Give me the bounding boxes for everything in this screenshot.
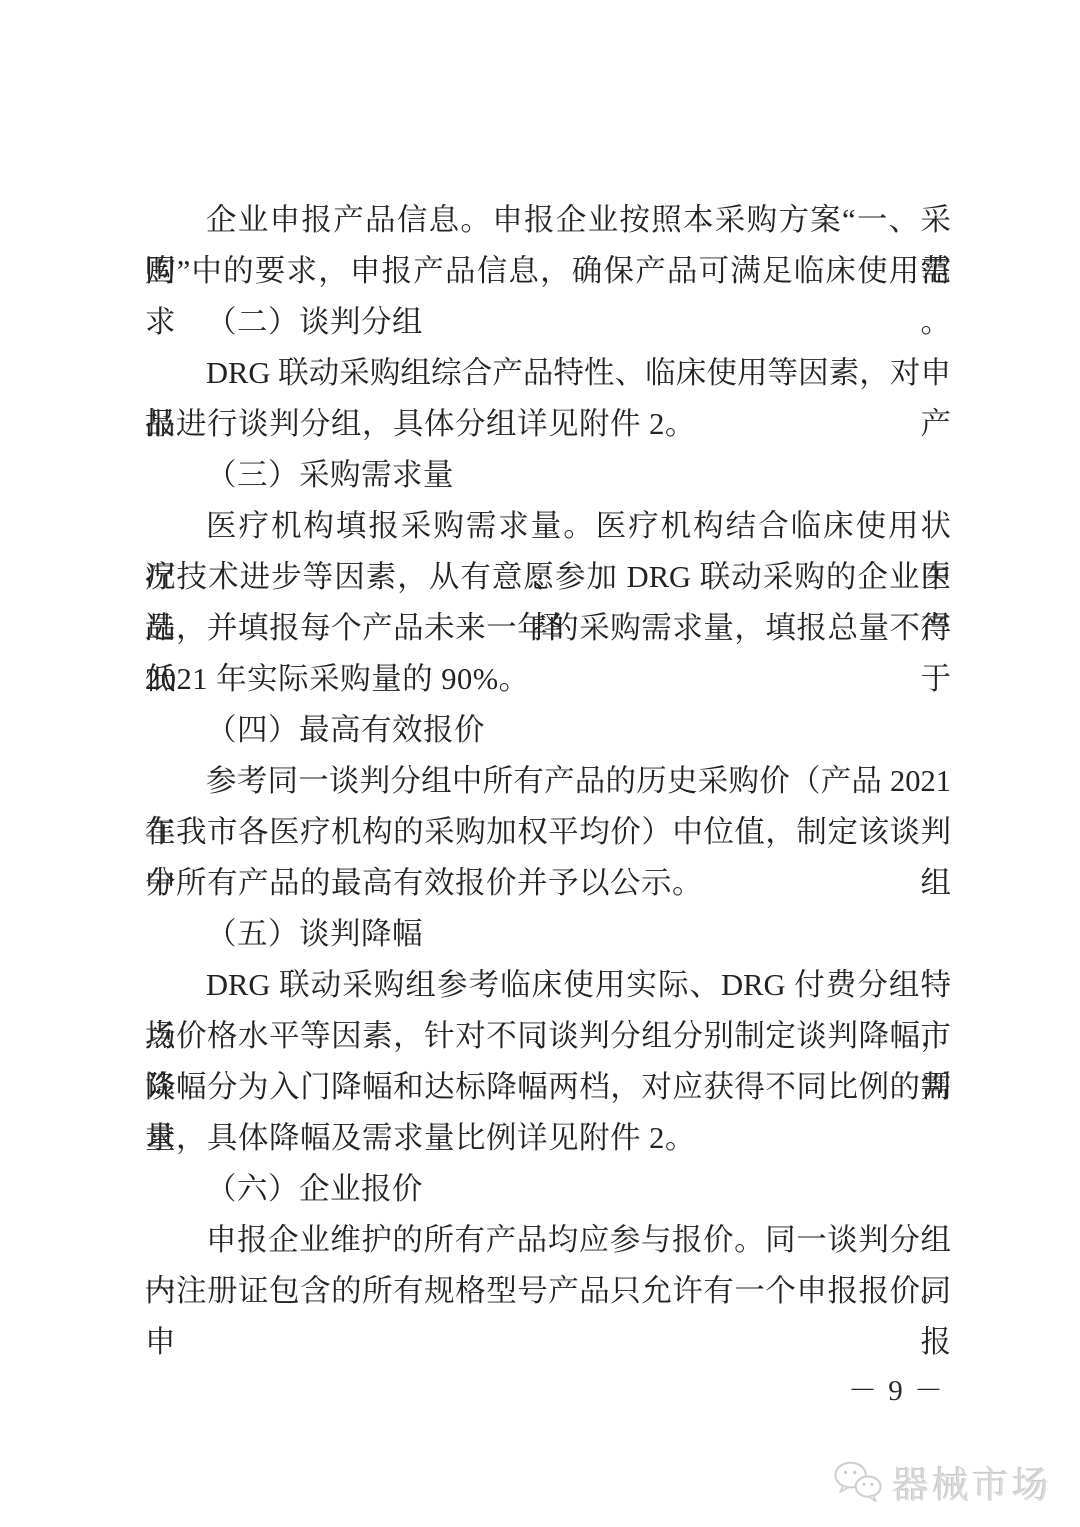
watermark: 器械市场 xyxy=(832,1455,1052,1509)
text-line: （六）企业报价 xyxy=(145,1164,951,1215)
text-line: DRG 联动采购组参考临床使用实际、DRG 付费分组特点、市 xyxy=(145,960,951,1011)
text-line: 围”中的要求，申报产品信息，确保产品可满足临床使用需求。 xyxy=(145,246,951,297)
text-line: 参考同一谈判分组中所有产品的历史采购价（产品 2021 年 xyxy=(145,756,951,807)
text-line: DRG 联动采购组综合产品特性、临床使用等因素，对申报产 xyxy=(145,348,951,399)
text-line: （三）采购需求量 xyxy=(145,450,951,501)
text-line: （五）谈判降幅 xyxy=(145,909,951,960)
text-line: 量，具体降幅及需求量比例详见附件 2。 xyxy=(145,1113,951,1164)
wechat-icon xyxy=(832,1459,884,1505)
body-text: 企业申报产品信息。申报企业按照本采购方案“一、采购范围”中的要求，申报产品信息，… xyxy=(145,195,951,1317)
text-line: （四）最高有效报价 xyxy=(145,705,951,756)
text-line: 降幅分为入门降幅和达标降幅两档，对应获得不同比例的需求 xyxy=(145,1062,951,1113)
text-line: 品，并填报每个产品未来一年的采购需求量，填报总量不得低于 xyxy=(145,603,951,654)
text-line: 医疗机构填报采购需求量。医疗机构结合临床使用状况、医 xyxy=(145,501,951,552)
text-line: 企业申报产品信息。申报企业按照本采购方案“一、采购范 xyxy=(145,195,951,246)
text-line: 疗技术进步等因素，从有意愿参加 DRG 联动采购的企业中选择产 xyxy=(145,552,951,603)
text-line: 场价格水平等因素，针对不同谈判分组分别制定谈判降幅，谈判 xyxy=(145,1011,951,1062)
text-line: 申报企业维护的所有产品均应参与报价。同一谈判分组内同 xyxy=(145,1215,951,1266)
text-line: 一注册证包含的所有规格型号产品只允许有一个申报报价。申报 xyxy=(145,1266,951,1317)
watermark-label: 器械市场 xyxy=(892,1455,1052,1509)
page-number: － 9 － xyxy=(848,1368,945,1409)
document-page: 企业申报产品信息。申报企业按照本采购方案“一、采购范围”中的要求，申报产品信息，… xyxy=(0,0,1080,1527)
text-line: 在我市各医疗机构的采购加权平均价）中位值，制定该谈判分组 xyxy=(145,807,951,858)
